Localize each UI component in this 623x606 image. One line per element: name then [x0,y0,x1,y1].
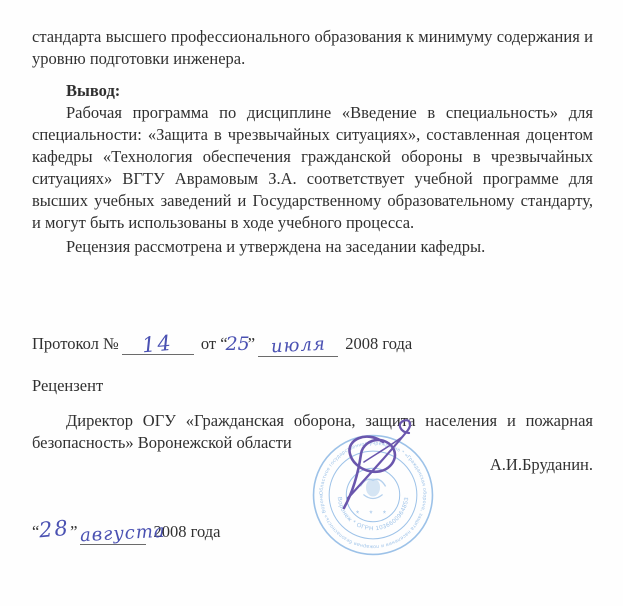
approval-line: Рецензия рассмотрена и утверждена на зас… [32,236,593,258]
protocol-number-handwritten: 14 [141,332,174,357]
protocol-month-handwritten: июля [270,334,326,359]
protocol-year: 2008 года [345,334,412,353]
signature [328,410,428,518]
conclusion-heading: Вывод: [32,80,593,102]
protocol-number-blank: 14 [122,334,194,355]
date-day-handwritten: 28 [38,517,71,542]
protocol-from-label: от [201,334,216,353]
close-quote: ” [70,522,77,541]
protocol-day-handwritten: 25 [226,333,250,355]
intro-paragraph: стандарта высшего профессионального обра… [32,26,593,70]
protocol-month-blank: июля [258,336,338,357]
protocol-line: Протокол №14 от “25”июля 2008 года [32,332,593,357]
date-month-handwritten: августа [80,521,167,547]
protocol-label: Протокол № [32,334,119,353]
date-month-blank: августа [80,524,146,545]
reviewer-label: Рецензент [32,375,593,397]
conclusion-paragraph: Рабочая программа по дисциплине «Введени… [32,102,593,234]
document-page: стандарта высшего профессионального обра… [0,0,623,606]
